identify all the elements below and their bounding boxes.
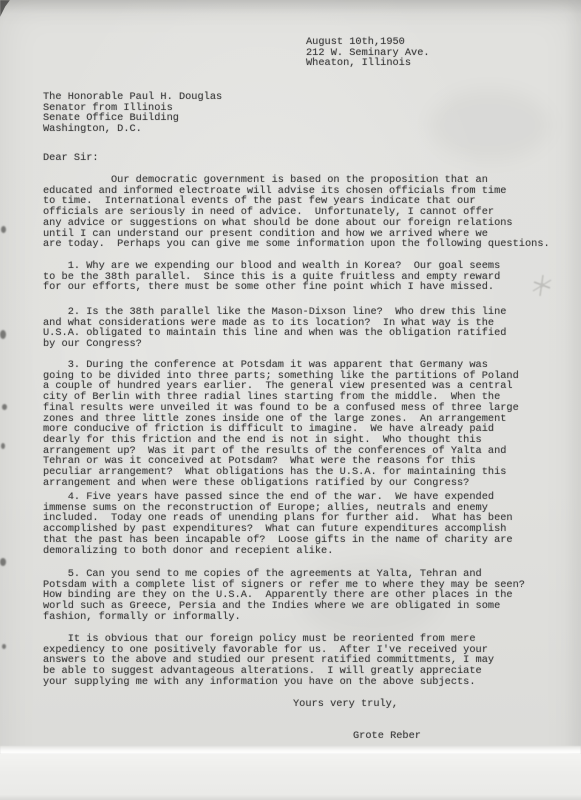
scan-corner-artifact [0, 0, 10, 17]
paragraph-question-2: 2. Is the 38th parallel like the Mason-D… [43, 307, 506, 350]
scan-speck [2, 644, 6, 649]
paper-stain [430, 90, 550, 160]
salutation: Dear Sir: [43, 153, 99, 164]
page-bottom-edge-highlight [0, 746, 581, 754]
paragraph-question-3: 3. During the conference at Potsdam it w… [43, 360, 519, 488]
paragraph-intro: Our democratic government is based on th… [43, 175, 550, 250]
paragraph-question-5: 5. Can you send to me copies of the agre… [43, 569, 525, 623]
scan-speck [1, 226, 6, 233]
letter-page: August 10th,1950 212 W. Seminary Ave. Wh… [0, 0, 581, 800]
paragraph-closing: It is obvious that our foreign policy mu… [43, 634, 494, 688]
paragraph-question-4: 4. Five years have passed since the end … [43, 492, 513, 556]
sender-address-block: August 10th,1950 212 W. Seminary Ave. Wh… [306, 37, 430, 69]
scan-background-below-page [0, 754, 581, 800]
scan-speck [0, 330, 6, 339]
recipient-address-block: The Honorable Paul H. Douglas Senator fr… [43, 92, 222, 135]
scan-speck [2, 404, 7, 410]
paragraph-question-1: 1. Why are we expending our blood and we… [43, 261, 500, 293]
valediction: Yours very truly, [293, 699, 398, 710]
signature-typed-name: Grote Reber [353, 731, 421, 742]
pencil-smudge-mark [530, 273, 554, 299]
scan-speck [1, 443, 5, 449]
scan-speck [0, 558, 6, 566]
